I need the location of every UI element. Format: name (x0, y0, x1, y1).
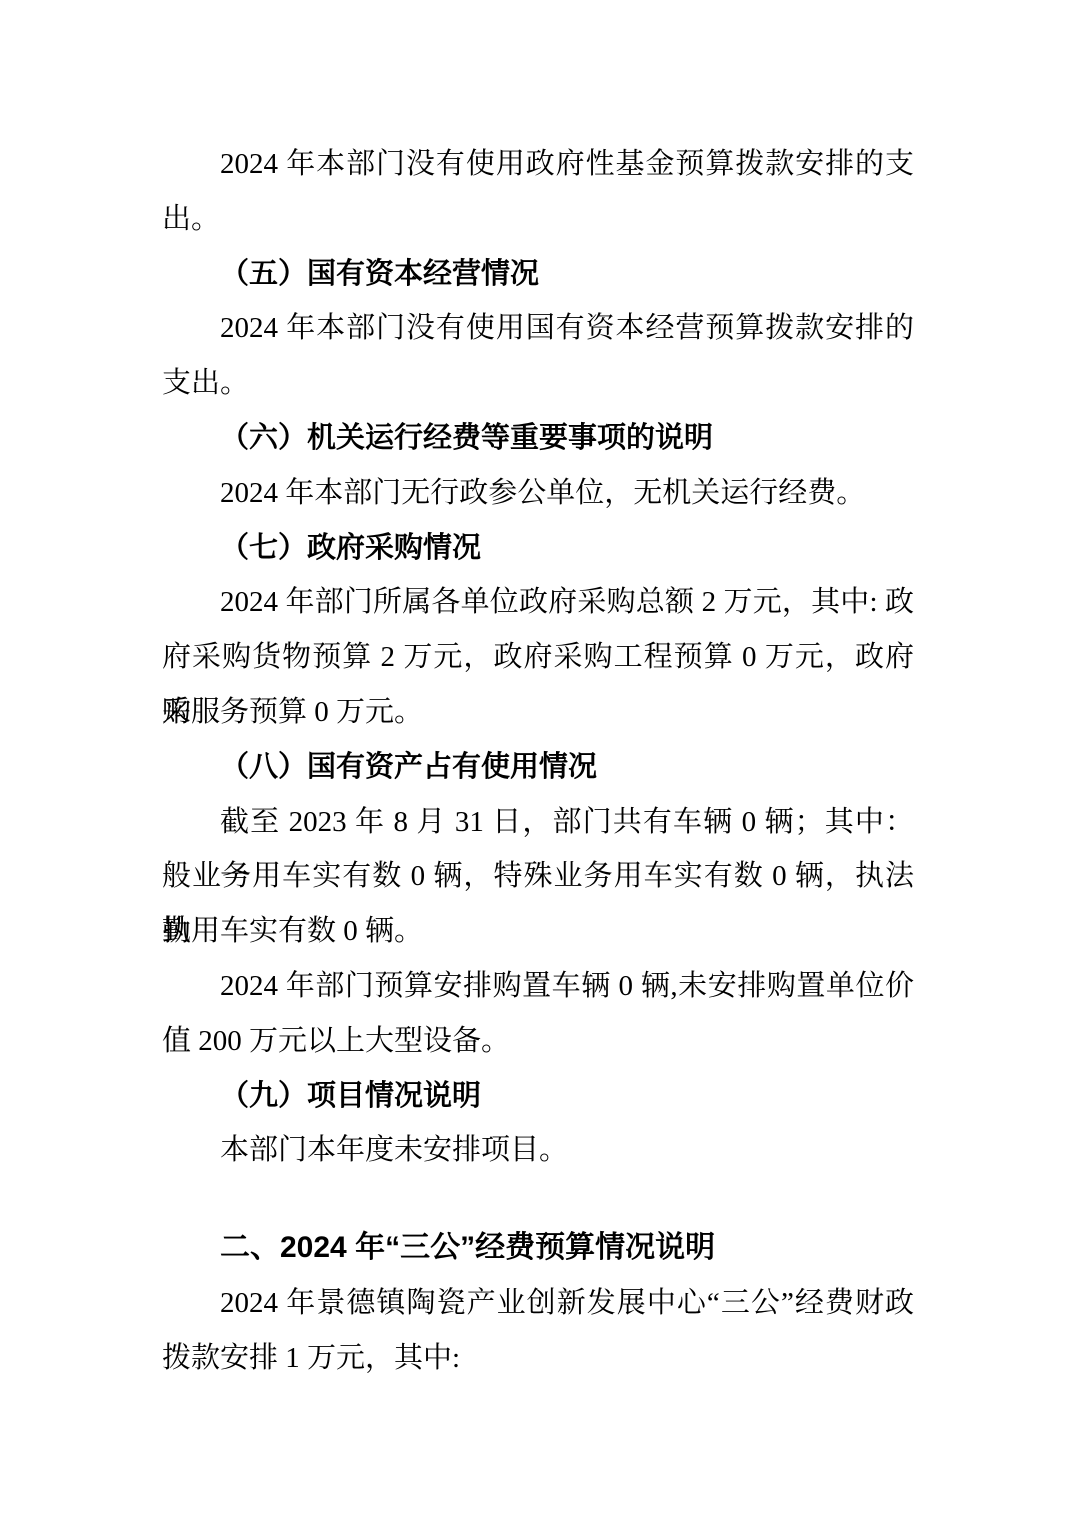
section-heading: （五）国有资本经营情况 (162, 247, 914, 302)
section-heading: （六）机关运行经费等重要事项的说明 (162, 411, 914, 466)
body-line: 府采购货物预算 2 万元，政府采购工程预算 0 万元，政府采 (162, 630, 914, 685)
document-body: 2024 年本部门没有使用政府性基金预算拨款安排的支出。（五）国有资本经营情况2… (162, 137, 914, 1386)
body-line: 购服务预算 0 万元。 (162, 685, 914, 740)
body-line: 2024 年本部门没有使用国有资本经营预算拨款安排的 (162, 301, 914, 356)
body-line: 支出。 (162, 356, 914, 411)
section-heading: （九）项目情况说明 (162, 1069, 914, 1124)
section-heading: （七）政府采购情况 (162, 521, 914, 576)
body-line: 2024 年景德镇陶瓷产业创新发展中心“三公”经费财政 (162, 1276, 914, 1331)
paragraph-spacer (162, 1178, 914, 1221)
body-line: 截至 2023 年 8 月 31 日，部门共有车辆 0 辆；其中：一 (162, 795, 914, 850)
section-heading: （八）国有资产占有使用情况 (162, 740, 914, 795)
body-line: 2024 年部门所属各单位政府采购总额 2 万元，其中: 政 (162, 575, 914, 630)
chapter-heading: 二、2024 年“三公”经费预算情况说明 (162, 1221, 914, 1276)
body-line: 2024 年本部门无行政参公单位，无机关运行经费。 (162, 466, 914, 521)
body-line: 值 200 万元以上大型设备。 (162, 1014, 914, 1069)
body-line: 本部门本年度未安排项目。 (162, 1123, 914, 1178)
body-line: 出。 (162, 192, 914, 247)
body-line: 2024 年部门预算安排购置车辆 0 辆,未安排购置单位价 (162, 959, 914, 1014)
body-line: 2024 年本部门没有使用政府性基金预算拨款安排的支 (162, 137, 914, 192)
body-line: 勤用车实有数 0 辆。 (162, 904, 914, 959)
body-line: 拨款安排 1 万元，其中: (162, 1331, 914, 1386)
document-page: 2024 年本部门没有使用政府性基金预算拨款安排的支出。（五）国有资本经营情况2… (0, 0, 1074, 1520)
body-line: 般业务用车实有数 0 辆，特殊业务用车实有数 0 辆，执法执 (162, 849, 914, 904)
